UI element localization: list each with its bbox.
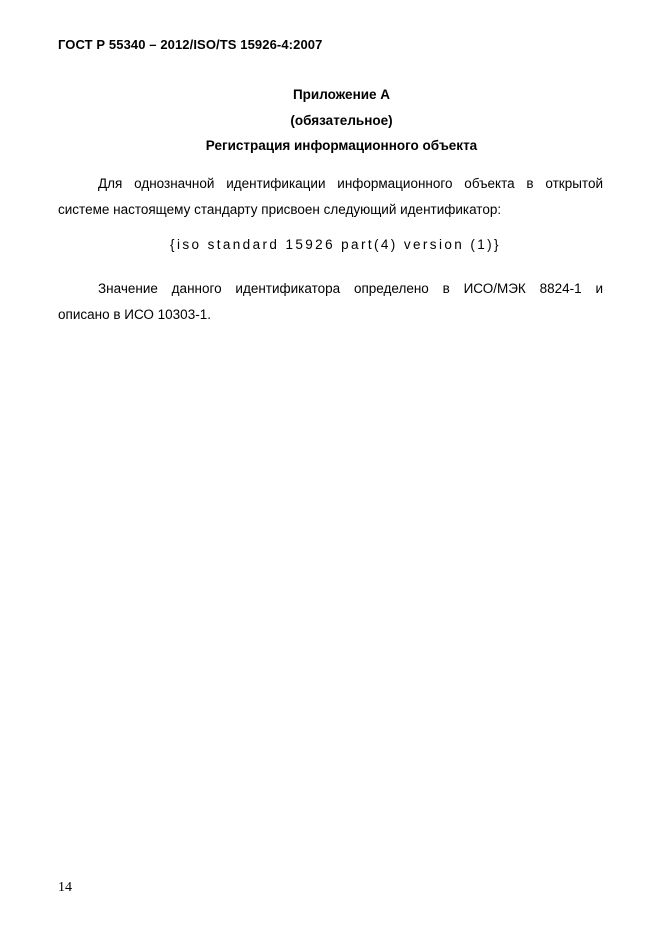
page-number: 14 xyxy=(58,880,72,896)
annex-title: Приложение А xyxy=(11,87,661,102)
annex-heading: Регистрация информационного объекта xyxy=(11,138,661,153)
annex-status: (обязательное) xyxy=(11,113,661,128)
paragraph-line: описано в ИСО 10303-1. xyxy=(58,302,603,328)
document-page: ГОСТ Р 55340 – 2012/ISO/TS 15926-4:2007 … xyxy=(0,0,661,935)
paragraph-identification: Для однозначной идентификации информацио… xyxy=(58,171,603,223)
paragraph-line: Значение данного идентификатора определе… xyxy=(58,276,603,302)
paragraph-line: Для однозначной идентификации информацио… xyxy=(58,171,603,197)
paragraph-line: системе настоящему стандарту присвоен сл… xyxy=(58,197,603,223)
document-header: ГОСТ Р 55340 – 2012/ISO/TS 15926-4:2007 xyxy=(58,37,322,52)
paragraph-definition: Значение данного идентификатора определе… xyxy=(58,276,603,328)
object-identifier: {iso standard 15926 part(4) version (1)} xyxy=(0,237,661,252)
